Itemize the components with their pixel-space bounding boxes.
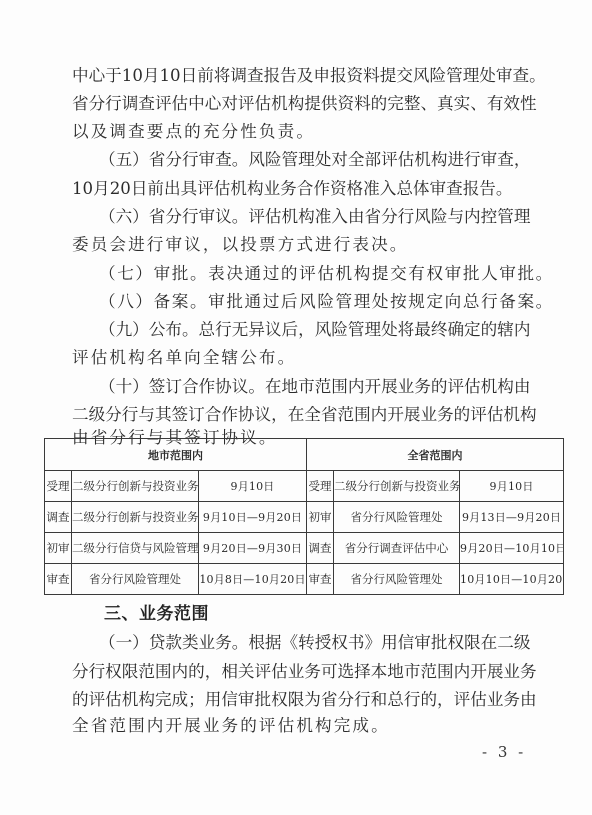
item-six-line: （六）省分行审议。评估机构准入由省分行风险与内控管理 (99, 207, 523, 227)
section-line: 分行权限范围内的，相关评估业务可选择本地市范围内开展业务 (72, 662, 524, 682)
right-dept-cell: 省分行风险管理处 (334, 502, 460, 533)
table-row: 审查 省分行风险管理处 10月8日—10月20日 审查 省分行风险管理处 10月… (45, 564, 564, 595)
right-date-cell: 10月10日—10月20日 (460, 564, 564, 595)
paragraph-line: 省分行调查评估中心对评估机构提供资料的完整、真实、有效性 (72, 94, 524, 114)
left-dept-cell: 二级分行创新与投资业务部 (72, 502, 199, 533)
section-line: 的评估机构完成；用信审批权限为省分行和总行的，评估业务由 (72, 690, 524, 710)
right-date-cell: 9月20日—10月10日 (460, 533, 564, 564)
right-stage-cell: 受理 (307, 471, 334, 502)
process-timeline-table: 地市范围内 全省范围内 受理 二级分行创新与投资业务部 9月10日 受理 二级分… (44, 438, 564, 595)
table-row: 初审 二级分行信贷与风险管理部 9月20日—9月30日 调查 省分行调查评估中心… (45, 533, 564, 564)
left-stage-cell: 初审 (45, 533, 72, 564)
left-date-cell: 9月10日—9月20日 (199, 502, 307, 533)
left-stage-cell: 调查 (45, 502, 72, 533)
left-dept-cell: 省分行风险管理处 (72, 564, 199, 595)
right-dept-cell: 省分行风险管理处 (334, 564, 460, 595)
paragraph-line: 中心于10月10日前将调查报告及申报资料提交风险管理处审查。 (72, 66, 524, 86)
item-nine-line: （九）公布。总行无异议后，风险管理处将最终确定的辖内 (99, 320, 523, 340)
document-page: 中心于10月10日前将调查报告及申报资料提交风险管理处审查。 省分行调查评估中心… (0, 0, 592, 815)
item-nine-line: 评估机构名单向全辖公布。 (72, 348, 524, 368)
right-stage-cell: 审查 (307, 564, 334, 595)
left-stage-cell: 审查 (45, 564, 72, 595)
item-eight-line: （八）备案。审批通过后风险管理处按规定向总行备案。 (99, 292, 519, 312)
paragraph-line: 以及调查要点的充分性负责。 (72, 122, 524, 142)
right-scope-header: 全省范围内 (307, 439, 564, 471)
table-row: 受理 二级分行创新与投资业务部 9月10日 受理 二级分行创新与投资业务部 9月… (45, 471, 564, 502)
right-date-cell: 9月10日 (460, 471, 564, 502)
left-stage-cell: 受理 (45, 471, 72, 502)
left-date-cell: 9月20日—9月30日 (199, 533, 307, 564)
section-line: 全省范围内开展业务的评估机构完成。 (72, 716, 524, 736)
page-number: - 3 - (482, 743, 526, 761)
section-heading: 三、业务范围 (104, 604, 209, 624)
item-ten-line: 二级分行与其签订合作协议，在全省范围内开展业务的评估机构 (72, 405, 524, 425)
left-date-cell: 9月10日 (199, 471, 307, 502)
table-row: 调查 二级分行创新与投资业务部 9月10日—9月20日 初审 省分行风险管理处 … (45, 502, 564, 533)
item-seven-line: （七）审批。表决通过的评估机构提交有权审批人审批。 (99, 264, 519, 284)
left-dept-cell: 二级分行创新与投资业务部 (72, 471, 199, 502)
item-five-line: （五）省分行审查。风险管理处对全部评估机构进行审查， (99, 150, 523, 170)
right-stage-cell: 初审 (307, 502, 334, 533)
section-line: （一）贷款类业务。根据《转授权书》用信审批权限在二级 (99, 633, 523, 653)
item-five-line: 10月20日前出具评估机构业务合作资格准入总体审查报告。 (72, 179, 488, 199)
right-dept-cell: 二级分行创新与投资业务部 (334, 471, 460, 502)
left-date-cell: 10月8日—10月20日 (199, 564, 307, 595)
right-stage-cell: 调查 (307, 533, 334, 564)
left-dept-cell: 二级分行信贷与风险管理部 (72, 533, 199, 564)
left-scope-header: 地市范围内 (45, 439, 307, 471)
item-ten-line: （十）签订合作协议。在地市范围内开展业务的评估机构由 (99, 377, 523, 397)
table-header-row: 地市范围内 全省范围内 (45, 439, 564, 471)
item-six-line: 委员会进行审议，以投票方式进行表决。 (72, 235, 524, 255)
right-dept-cell: 省分行调查评估中心 (334, 533, 460, 564)
right-date-cell: 9月13日—9月20日 (460, 502, 564, 533)
